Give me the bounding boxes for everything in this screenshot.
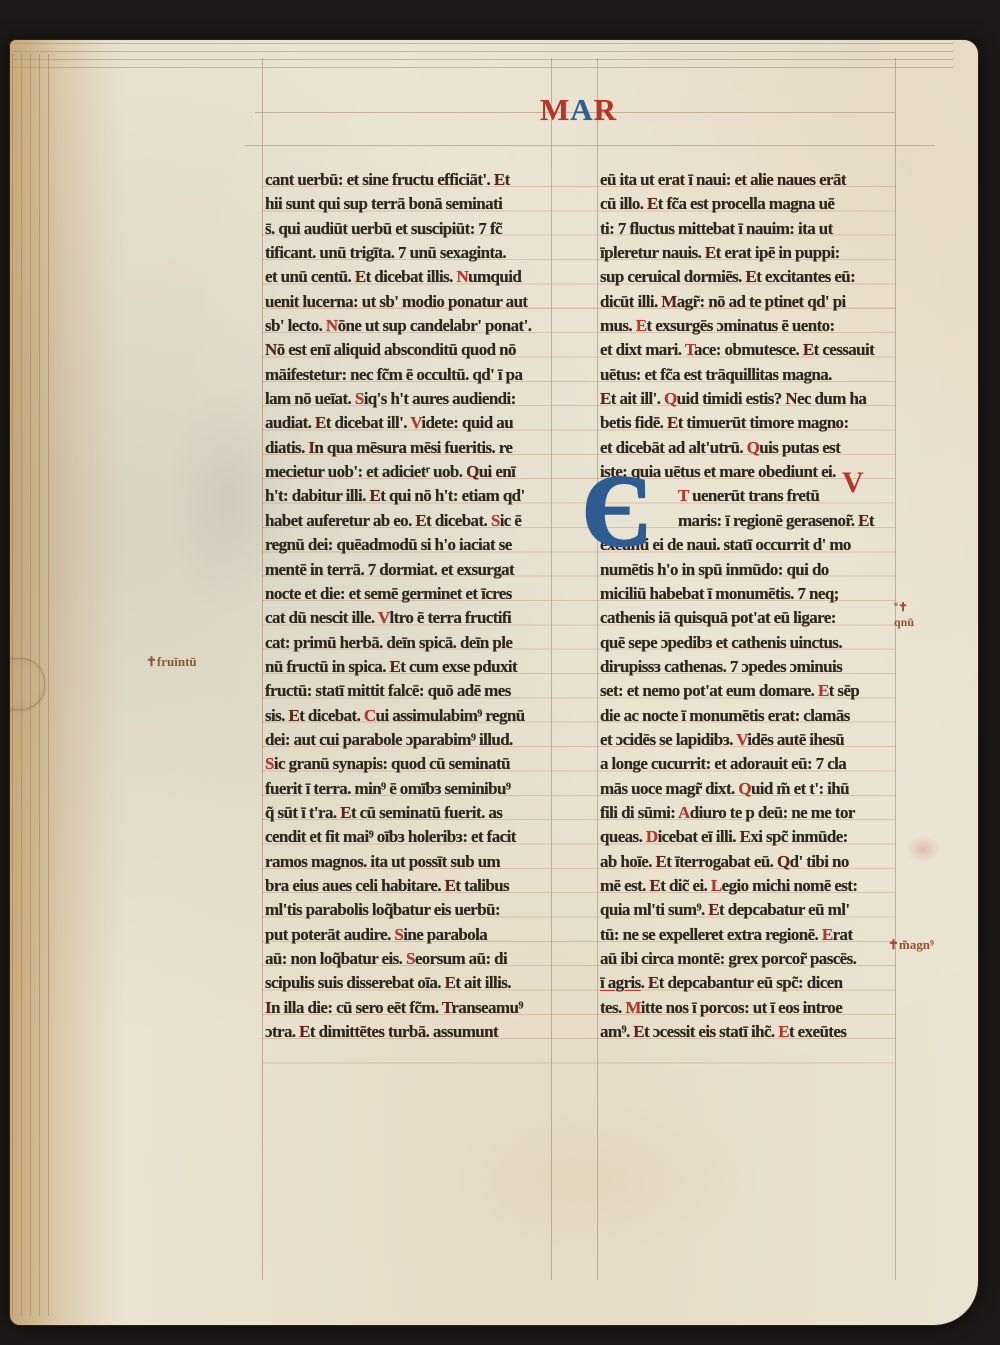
manuscript-text-line: cat: primū herbā. deīn spicā. deīn ple bbox=[265, 631, 567, 655]
manuscript-text-line: tū: ne se expelleret extra regionē. Erat bbox=[600, 923, 902, 947]
manuscript-text-line: a longe cucurrit: et adorauit eū: 7 cla bbox=[600, 752, 902, 776]
manuscript-text-line: fuerit ī terra. min⁹ ē omībɜ seminibu⁹ bbox=[265, 777, 567, 801]
manuscript-text-line: cendit et fit mai⁹ oībɜ holeribɜ: et fac… bbox=[265, 825, 567, 849]
manuscript-text-line: ml'tis parabolis loq̃batur eis uerbū: bbox=[265, 898, 567, 922]
manuscript-text-line: queas. Dicebat eī illi. Exi spc̃ inmūde: bbox=[600, 825, 902, 849]
margin-note-line: º✝ bbox=[894, 600, 914, 615]
manuscript-text-line: die ac nocte ī monumētis erat: clamās bbox=[600, 704, 902, 728]
manuscript-text-line: lam nō ueīat. Siq's h't aures audiendi: bbox=[265, 387, 567, 411]
manuscript-text-line: ɔtra. Et dimittētes turbā. assumunt bbox=[265, 1020, 567, 1044]
running-title-letter: R bbox=[594, 92, 617, 127]
manuscript-text-line: bra eius aues celi habitare. Et talibus bbox=[265, 874, 567, 898]
manuscript-text-line: miciliū habebat ī monumētis. 7 neq; bbox=[600, 582, 902, 606]
manuscript-text-line: ramos magnos. ita ut possīt sub um bbox=[265, 850, 567, 874]
manuscript-text-line: nocte et die: et semē germinet et īcres bbox=[265, 582, 567, 606]
manuscript-text-line: sb' lecto. Nōne ut sup candelabr' ponat'… bbox=[265, 314, 567, 338]
margin-note-line: qnū bbox=[894, 615, 914, 630]
manuscript-text-line: mecietur uob': et adicietʳ uob. Qui enī bbox=[265, 460, 567, 484]
parchment-stain bbox=[440, 1100, 760, 1260]
manuscript-text-line: dei: aut cui parabole ɔparabim⁹ illud. bbox=[265, 728, 567, 752]
manuscript-text-line: mē est. Et dic̃ ei. Legio michi nomē est… bbox=[600, 874, 902, 898]
page-stack-top-edge bbox=[14, 42, 954, 68]
manuscript-text-line: s̄. qui audiūt uerbū et suscipiūt: 7 fc̃ bbox=[265, 217, 567, 241]
manuscript-text-line: eū ita ut erat ī naui: et alie naues erā… bbox=[600, 168, 902, 192]
manuscript-text-line: ab hoīe. Et īterrogabat eū. Qd' tibi no bbox=[600, 850, 902, 874]
running-title-letter: A bbox=[570, 92, 593, 127]
manuscript-text-line: nū fructū in spica. Et cum exse pduxit bbox=[265, 655, 567, 679]
manuscript-text-line: aū ibi circa montē: grex porcor̃ pascēs. bbox=[600, 947, 902, 971]
running-title-letter: M bbox=[540, 92, 570, 127]
manuscript-text-line: h't: dabitur illi. Et qui nō h't: etiam … bbox=[265, 484, 567, 508]
manuscript-text-line: betis fidē. Et timuerūt timore magno: bbox=[600, 411, 902, 435]
manuscript-text-line: tes. Mitte nos ī porcos: ut ī eos introe bbox=[600, 996, 902, 1020]
manuscript-text-line: dirupissɜ cathenas. 7 ɔpedes ɔminuis bbox=[600, 655, 902, 679]
manuscript-text-line: cat dū nescit ille. Vltro ē terra fructi… bbox=[265, 606, 567, 630]
text-column-left: cant uerbū: et sine fructu efficiāt'. Et… bbox=[265, 168, 567, 1052]
manuscript-text-line: sup ceruical dormiēs. Et excitantes eū: bbox=[600, 265, 902, 289]
manuscript-text-line: am⁹. Et ɔcessit eis statī ihc̃. Et exeūt… bbox=[600, 1020, 902, 1044]
manuscript-photo: MAR cant uerbū: et sine fructu efficiāt'… bbox=[0, 0, 1000, 1345]
manuscript-text-line: mus. Et exsurgēs ɔminatus ē uento: bbox=[600, 314, 902, 338]
margin-note-right-2: ✝m̃agn⁹ bbox=[888, 937, 934, 953]
manuscript-text-line: cū illo. Et fc̃a est procella magna uē bbox=[600, 192, 902, 216]
manuscript-text-line: q̃ sūt ī t'ra. Et cū seminatū fuerit. as bbox=[265, 801, 567, 825]
manuscript-text-line: et unū centū. Et dicebat illis. Numquid bbox=[265, 265, 567, 289]
manuscript-text-line: uētus: et fc̃a est trāquillitas magna. bbox=[600, 363, 902, 387]
red-paragraph-mark: V bbox=[842, 466, 864, 500]
manuscript-text-line: et dixt mari. Tace: obmutesce. Et cessau… bbox=[600, 338, 902, 362]
manuscript-text-line: ī agris. Et depcabantur eū spc̃: dicen bbox=[600, 971, 902, 995]
manuscript-text-line: mentē in terrā. 7 dormiat. et exsurgat bbox=[265, 558, 567, 582]
parchment-stain bbox=[905, 835, 941, 863]
manuscript-text-line: fructū: statī mittit falcē: quō adē mes bbox=[265, 679, 567, 703]
manuscript-text-line: diatis. In qua mēsura mēsi fueritis. re bbox=[265, 436, 567, 460]
manuscript-text-line: sis. Et dicebat. Cui assimulabim⁹ regnū bbox=[265, 704, 567, 728]
manuscript-text-line: put poterāt audire. Sine parabola bbox=[265, 923, 567, 947]
manuscript-text-line: Et ait ill'. Quid timidi estis? Nec dum … bbox=[600, 387, 902, 411]
manuscript-text-line: scipulis suis disserebat oīa. Et ait ill… bbox=[265, 971, 567, 995]
manuscript-text-line: aū: non loq̃batur eis. Seorsum aū: di bbox=[265, 947, 567, 971]
manuscript-text-line: habet auferetur ab eo. Et dicebat. Sic ē bbox=[265, 509, 567, 533]
manuscript-text-line: regnū dei: quēadmodū si h'o iaciat se bbox=[265, 533, 567, 557]
manuscript-text-line: cathenis iā quisquā pot'at eū ligare: bbox=[600, 606, 902, 630]
manuscript-text-line: īpleretur nauis. Et erat ipē in puppi: bbox=[600, 241, 902, 265]
manuscript-text-line: uenit lucerna: ut sb' modio ponatur aut bbox=[265, 290, 567, 314]
manuscript-text-line: cant uerbū: et sine fructu efficiāt'. Et bbox=[265, 168, 567, 192]
manuscript-text-line: Sic granū synapis: quod cū seminatū bbox=[265, 752, 567, 776]
manuscript-text-line: Nō est enī aliquid absconditū quod nō bbox=[265, 338, 567, 362]
margin-note-left: ✝fruīntū bbox=[146, 654, 197, 670]
manuscript-text-line: quē sepe ɔpedibɜ et cathenis uinctus. bbox=[600, 631, 902, 655]
text-column-right: eū ita ut erat ī naui: et alie naues erā… bbox=[600, 168, 902, 1052]
manuscript-text-line: dicūt illi. Magr̃: nō ad te ptinet qd' p… bbox=[600, 290, 902, 314]
running-title-mar: MAR bbox=[540, 92, 660, 128]
manuscript-text-line: quia ml'ti sum⁹. Et depcabatur eū ml' bbox=[600, 898, 902, 922]
manuscript-text-line: hii sunt qui sup terrā bonā seminati bbox=[265, 192, 567, 216]
manuscript-text-line: In illa die: cū sero eēt fc̃m. Transeamu… bbox=[265, 996, 567, 1020]
manuscript-text-line: ti: 7 fluctus mittebat ī nauim: ita ut bbox=[600, 217, 902, 241]
manuscript-text-line: māifestetur: nec fc̃m ē occultū. qd' ī p… bbox=[265, 363, 567, 387]
manuscript-text-line: audiat. Et dicebat ill'. Videte: quid au bbox=[265, 411, 567, 435]
illuminated-initial-e: Є bbox=[582, 468, 662, 560]
manuscript-text-line: tificant. unū trigīta. 7 unū sexaginta. bbox=[265, 241, 567, 265]
manuscript-text-line: et ɔcidēs se lapidibɜ. Vidēs autē ihesū bbox=[600, 728, 902, 752]
ruling-horizontal-line bbox=[245, 145, 935, 146]
manuscript-text-line: mās uoce magr̃ dixt. Quid m̃ et t': ihū bbox=[600, 777, 902, 801]
manuscript-text-line: fili di sūmi: Adiuro te p deū: ne me tor bbox=[600, 801, 902, 825]
margin-note-right-1: º✝ qnū bbox=[894, 600, 914, 630]
manuscript-page: MAR cant uerbū: et sine fructu efficiāt'… bbox=[10, 40, 978, 1325]
manuscript-text-line: set: et nemo pot'at eum domare. Et sēp bbox=[600, 679, 902, 703]
